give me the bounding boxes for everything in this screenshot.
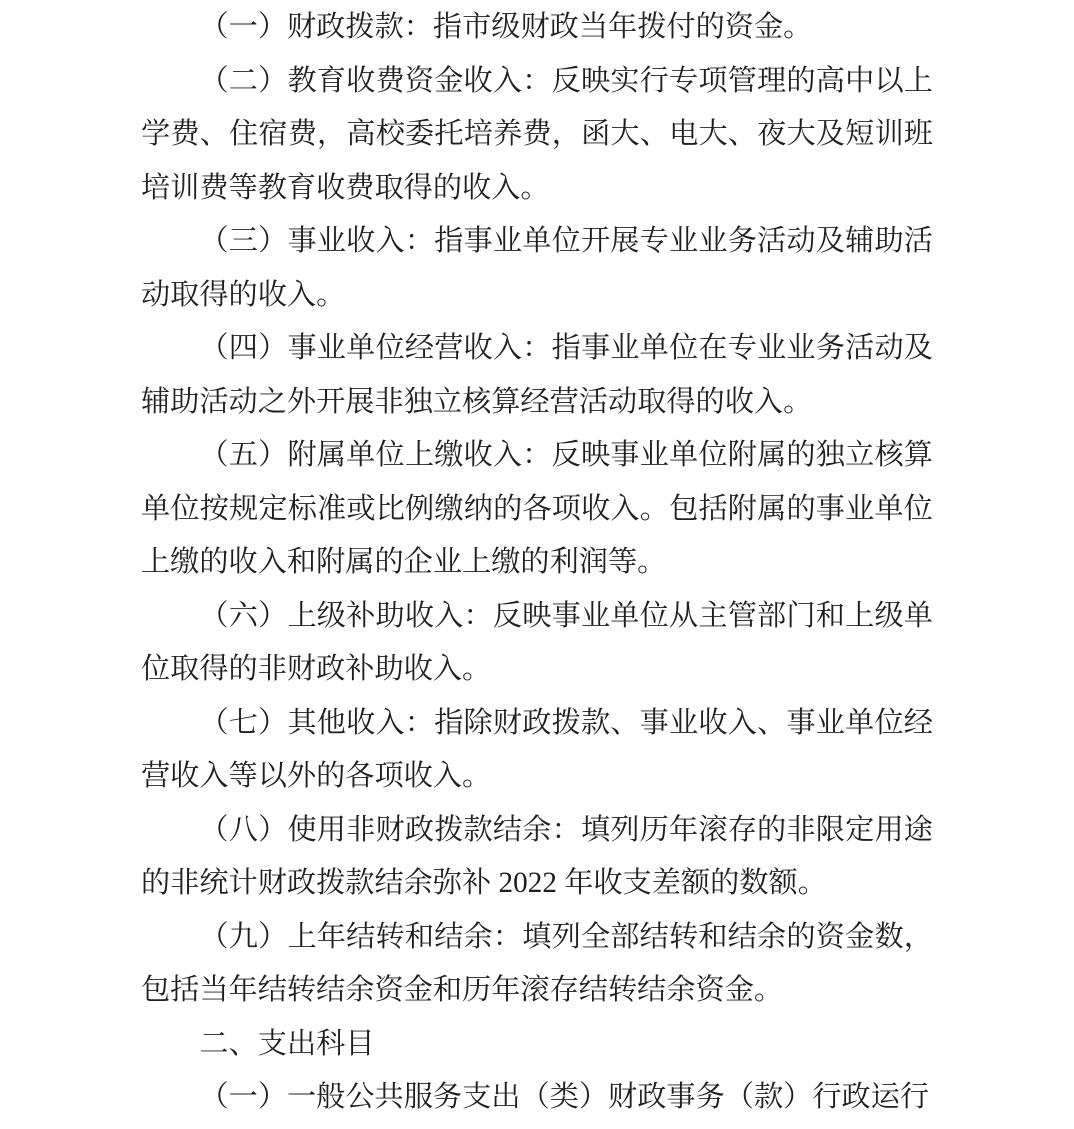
para-revenue-item-6: （六）上级补助收入：反映事业单位从主管部门和上级单位取得的非财政补助收入。 bbox=[141, 590, 933, 697]
para-revenue-item-3: （三）事业收入：指事业单位开展专业业务活动及辅助活动取得的收入。 bbox=[141, 215, 933, 322]
para-revenue-item-4: （四）事业单位经营收入：指事业单位在专业业务活动及辅助活动之外开展非独立核算经营… bbox=[141, 322, 933, 429]
para-revenue-item-8: （八）使用非财政拨款结余：填列历年滚存的非限定用途的非统计财政拨款结余弥补 20… bbox=[141, 804, 933, 911]
para-revenue-item-1: （一）财政拨款：指市级财政当年拨付的资金。 bbox=[141, 1, 933, 55]
para-revenue-item-5: （五）附属单位上缴收入：反映事业单位附属的独立核算单位按规定标准或比例缴纳的各项… bbox=[141, 429, 933, 590]
para-expenditure-item-1: （一）一般公共服务支出（类）财政事务（款）行政运行 bbox=[141, 1071, 933, 1125]
para-revenue-item-7: （七）其他收入：指除财政拨款、事业收入、事业单位经营收入等以外的各项收入。 bbox=[141, 697, 933, 804]
heading-expenditure-section: 二、支出科目 bbox=[141, 1018, 933, 1072]
para-revenue-item-9: （九）上年结转和结余：填列全部结转和结余的资金数，包括当年结转结余资金和历年滚存… bbox=[141, 911, 933, 1018]
document-page: （一）财政拨款：指市级财政当年拨付的资金。 （二）教育收费资金收入：反映实行专项… bbox=[0, 0, 1074, 1125]
para-revenue-item-2: （二）教育收费资金收入：反映实行专项管理的高中以上学费、住宿费，高校委托培养费，… bbox=[141, 55, 933, 216]
document-body: （一）财政拨款：指市级财政当年拨付的资金。 （二）教育收费资金收入：反映实行专项… bbox=[141, 1, 933, 1125]
